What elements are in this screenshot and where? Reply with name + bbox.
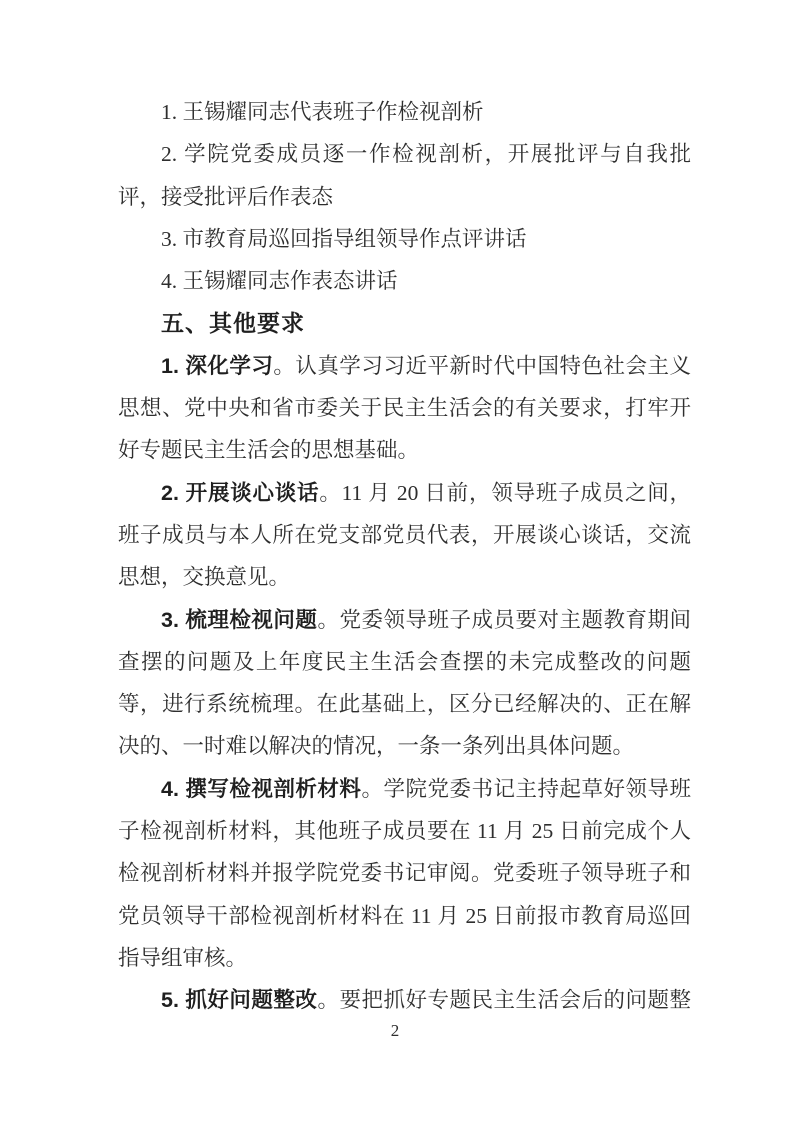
agenda-item: 2. 学院党委成员逐一作检视剖析，开展批评与自我批评，接受批评后作表态 bbox=[118, 133, 691, 218]
requirement-lead: 5. 抓好问题整改 bbox=[161, 988, 317, 1012]
requirement-paragraph: 5. 抓好问题整改。要把抓好专题民主生活会后的问题整 bbox=[118, 979, 691, 1021]
agenda-item: 3. 市教育局巡回指导组领导作点评讲话 bbox=[118, 218, 691, 260]
agenda-item: 4. 王锡耀同志作表态讲话 bbox=[118, 260, 691, 302]
requirement-paragraph: 1. 深化学习。认真学习习近平新时代中国特色社会主义思想、党中央和省市委关于民主… bbox=[118, 345, 691, 472]
requirement-paragraph: 3. 梳理检视问题。党委领导班子成员要对主题教育期间查摆的问题及上年度民主生活会… bbox=[118, 599, 691, 768]
requirement-lead: 4. 撰写检视剖析材料 bbox=[161, 777, 361, 801]
requirement-paragraph: 2. 开展谈心谈话。11 月 20 日前，领导班子成员之间，班子成员与本人所在党… bbox=[118, 472, 691, 599]
section-heading: 五、其他要求 bbox=[118, 302, 691, 344]
document-page: 1. 王锡耀同志代表班子作检视剖析 2. 学院党委成员逐一作检视剖析，开展批评与… bbox=[0, 0, 800, 1131]
document-body: 1. 王锡耀同志代表班子作检视剖析 2. 学院党委成员逐一作检视剖析，开展批评与… bbox=[118, 91, 691, 1022]
requirement-lead: 3. 梳理检视问题 bbox=[161, 608, 317, 632]
requirement-lead: 1. 深化学习 bbox=[161, 354, 273, 378]
agenda-item: 1. 王锡耀同志代表班子作检视剖析 bbox=[118, 91, 691, 133]
requirement-lead: 2. 开展谈心谈话 bbox=[161, 481, 319, 505]
requirement-text: 。学院党委书记主持起草好领导班子检视剖析材料，其他班子成员要在 11 月 25 … bbox=[118, 777, 691, 970]
page-number: 2 bbox=[0, 1019, 790, 1043]
requirement-paragraph: 4. 撰写检视剖析材料。学院党委书记主持起草好领导班子检视剖析材料，其他班子成员… bbox=[118, 768, 691, 979]
requirement-text: 。要把抓好专题民主生活会后的问题整 bbox=[317, 988, 691, 1012]
